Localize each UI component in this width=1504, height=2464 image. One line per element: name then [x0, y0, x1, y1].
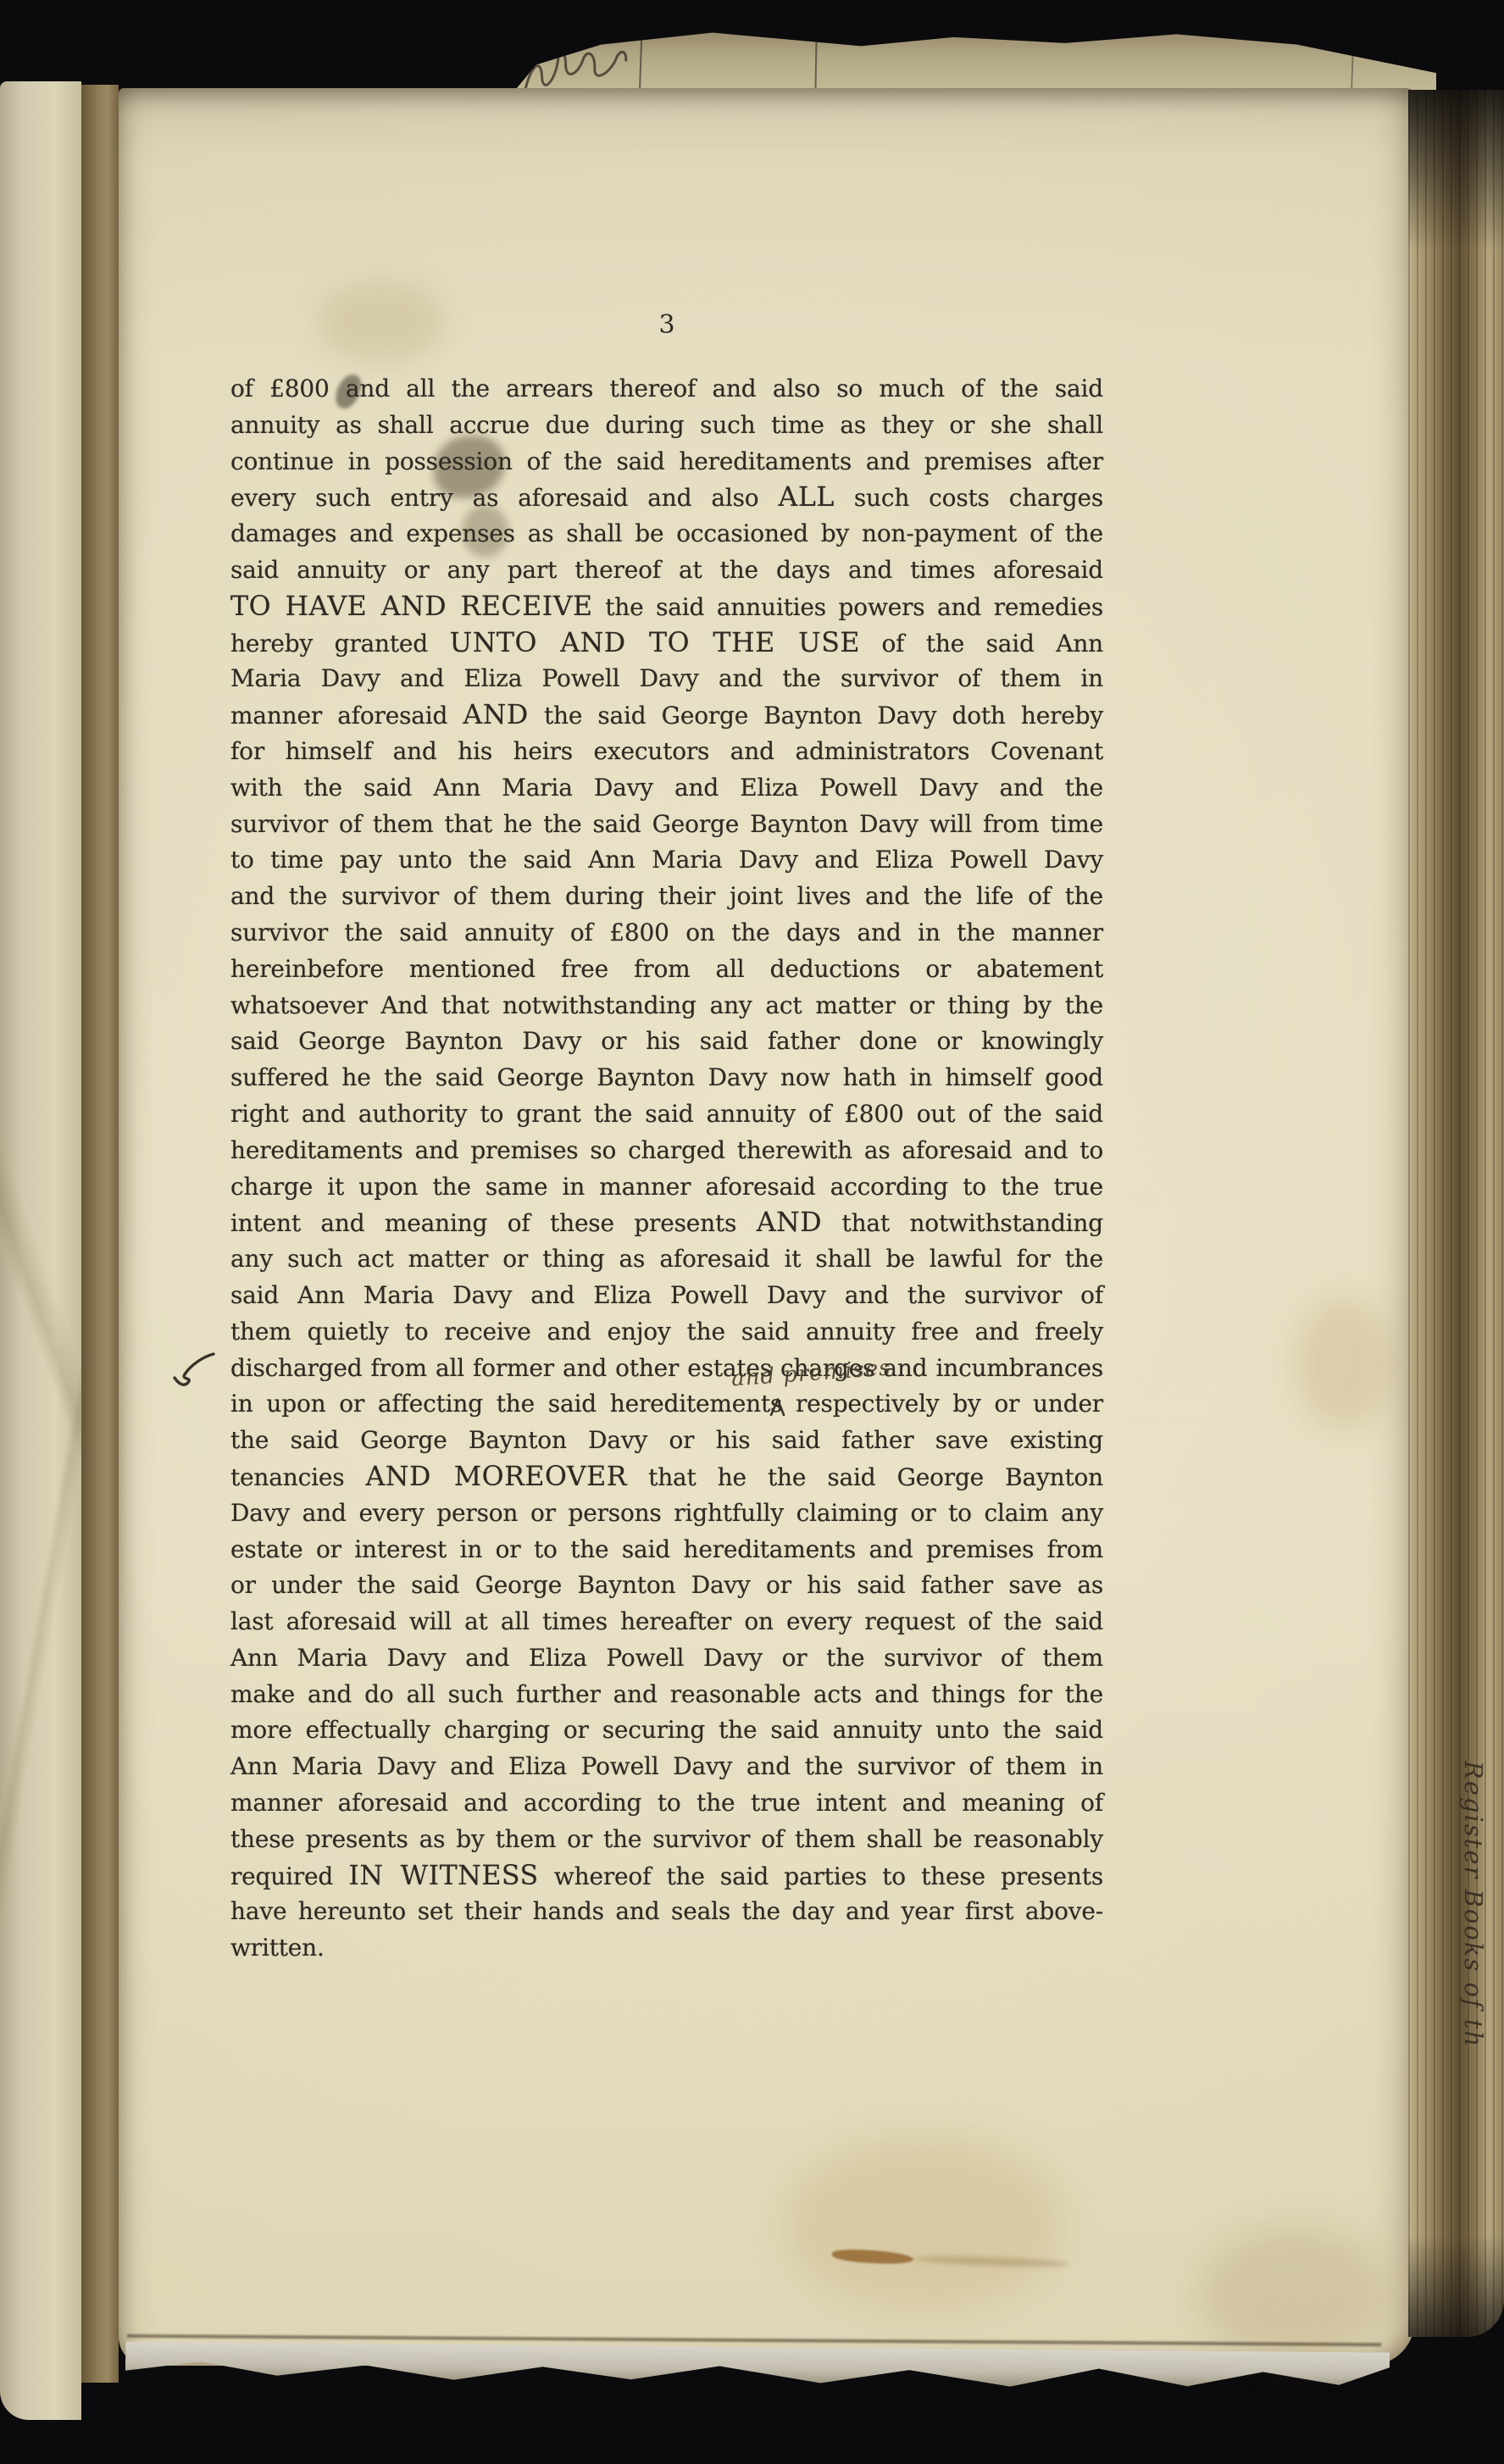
text-line: continue in possession of the said hered… [230, 444, 1103, 480]
text-line: required IN WITNESS whereof the said par… [230, 1858, 1103, 1895]
left-page-edge [0, 81, 81, 2420]
text-line: survivor the said annuity of £800 on the… [230, 915, 1103, 952]
text-line: written. [230, 1930, 1103, 1967]
text-line: said Ann Maria Davy and Eliza Powell Dav… [230, 1278, 1103, 1314]
stain [784, 2137, 1063, 2311]
text-line: estate or interest in or to the said her… [230, 1532, 1103, 1568]
text-line: survivor of them that he the said George… [230, 807, 1103, 843]
text-line: Maria Davy and Eliza Powell Davy and the… [230, 661, 1103, 697]
text-line: any such act matter or thing as aforesai… [230, 1241, 1103, 1278]
page-number: 3 [230, 310, 1103, 340]
text-line: every such entry as aforesaid and also A… [230, 480, 1103, 516]
text-line: the said George Baynton Davy or his said… [230, 1423, 1103, 1459]
text-line: manner aforesaid and according to the tr… [230, 1785, 1103, 1822]
text-line: to time pay unto the said Ann Maria Davy… [230, 842, 1103, 879]
text-line: them quietly to receive and enjoy the sa… [230, 1314, 1103, 1351]
book-scan: 3 of £800 and all the arrears thereof an… [0, 0, 1504, 2464]
text-line: right and authority to grant the said an… [230, 1096, 1103, 1133]
binding-gutter [81, 85, 119, 2383]
text-line: intent and meaning of these presents AND… [230, 1205, 1103, 1241]
text-line: more effectually charging or securing th… [230, 1712, 1103, 1749]
text-line: hereby granted UNTO AND TO THE USE of th… [230, 625, 1103, 662]
text-line: said annuity or any part thereof at the … [230, 552, 1103, 589]
text-line: or under the said George Baynton Davy or… [230, 1568, 1103, 1604]
stain [1295, 1298, 1395, 1429]
fold-line [814, 32, 817, 97]
text-line: hereditaments and premises so charged th… [230, 1133, 1103, 1169]
text-line: damages and expenses as shall be occasio… [230, 516, 1103, 552]
text-line: with the said Ann Maria Davy and Eliza P… [230, 770, 1103, 807]
fore-edge-pages [1408, 90, 1504, 2337]
text-line: Ann Maria Davy and Eliza Powell Davy and… [230, 1749, 1103, 1785]
curled-page-sliver-top [508, 24, 1436, 98]
text-line: have hereunto set their hands and seals … [230, 1894, 1103, 1930]
text-line: Ann Maria Davy and Eliza Powell Davy or … [230, 1640, 1103, 1677]
text-line: in upon or affecting the said herediteme… [230, 1386, 1103, 1423]
text-line: annuity as shall accrue due during such … [230, 408, 1103, 444]
text-line: make and do all such further and reasona… [230, 1677, 1103, 1713]
book-page: 3 of £800 and all the arrears thereof an… [119, 88, 1415, 2366]
text-line: last aforesaid will at all times hereaft… [230, 1604, 1103, 1640]
text-line: hereinbefore mentioned free from all ded… [230, 952, 1103, 988]
text-line: suffered he the said George Baynton Davy… [230, 1060, 1103, 1096]
rust-mark [832, 2248, 914, 2265]
caret-mark [769, 1398, 788, 1417]
text-line: charge it upon the same in manner afores… [230, 1169, 1103, 1206]
text-line: tenancies AND MOREOVER that he the said … [230, 1459, 1103, 1496]
text-line: TO HAVE AND RECEIVE the said annuities p… [230, 589, 1103, 625]
text-line: of £800 and all the arrears thereof and … [230, 371, 1103, 408]
fore-edge-text: Register Books of th [1459, 1761, 1488, 2235]
text-line: whatsoever And that notwithstanding any … [230, 988, 1103, 1024]
text-line: for himself and his heirs executors and … [230, 734, 1103, 770]
text-line: discharged from all former and other est… [230, 1351, 1103, 1387]
text-line: Davy and every person or persons rightfu… [230, 1496, 1103, 1532]
text-line: manner aforesaid AND the said George Bay… [230, 697, 1103, 734]
text-line: these presents as by them or the survivo… [230, 1822, 1103, 1858]
text-line: said George Baynton Davy or his said fat… [230, 1024, 1103, 1060]
margin-checkmark [171, 1352, 217, 1393]
fold-line [1351, 42, 1354, 95]
rust-mark [913, 2255, 1070, 2268]
text-line: and the survivor of them during their jo… [230, 879, 1103, 915]
document-text: of £800 and all the arrears thereof and … [230, 371, 1103, 1967]
